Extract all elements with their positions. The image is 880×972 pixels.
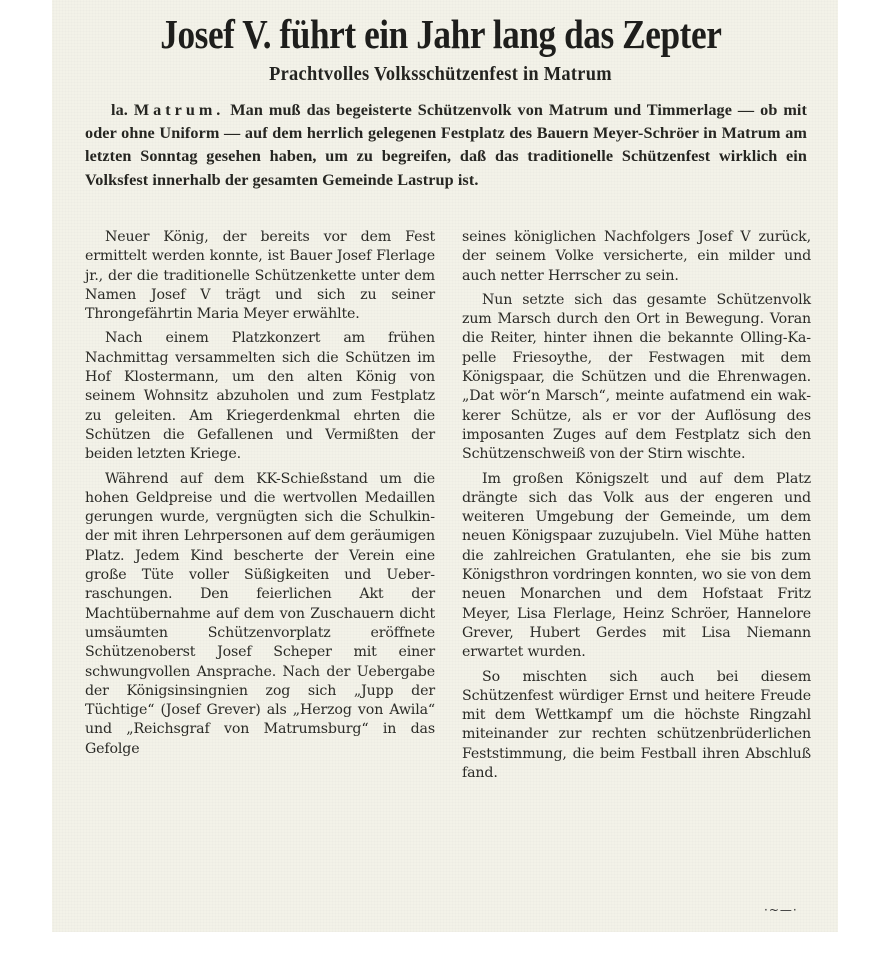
right-column: seines königlichen Nachfolgers Josef V z… xyxy=(462,228,811,788)
lead-paragraph: la. Matrum. Man muß das begeisterte Schü… xyxy=(85,99,807,192)
paragraph-march: Nun setzte sich das gesamte Schüt­zenvol… xyxy=(462,291,811,465)
paragraph-kings-tent: Im großen Königszelt und auf dem Platz d… xyxy=(462,470,811,663)
paragraph-concert: Nach einem Platzkonzert am frü­hen Nachm… xyxy=(85,329,435,464)
paragraph-continuation: seines königlichen Nachfolgers Josef V z… xyxy=(462,228,811,286)
paragraph-closing: So mischten sich auch bei diesem Schütze… xyxy=(462,668,811,784)
paragraph-new-king: Neuer König, der bereits vor dem Fest er… xyxy=(85,228,435,324)
author-mark: ·~—· xyxy=(764,903,798,917)
subheadline: Prachtvolles Volksschützenfest in Matrum xyxy=(36,61,846,87)
lead-prefix: la. xyxy=(111,101,128,119)
dateline-place: Matrum. xyxy=(134,101,224,119)
left-column: Neuer König, der bereits vor dem Fest er… xyxy=(85,228,435,764)
headline: Josef V. führt ein Jahr lang das Zepter xyxy=(62,8,819,60)
paragraph-shooting-stand: Während auf dem KK-Schieß­stand um die h… xyxy=(85,470,435,759)
